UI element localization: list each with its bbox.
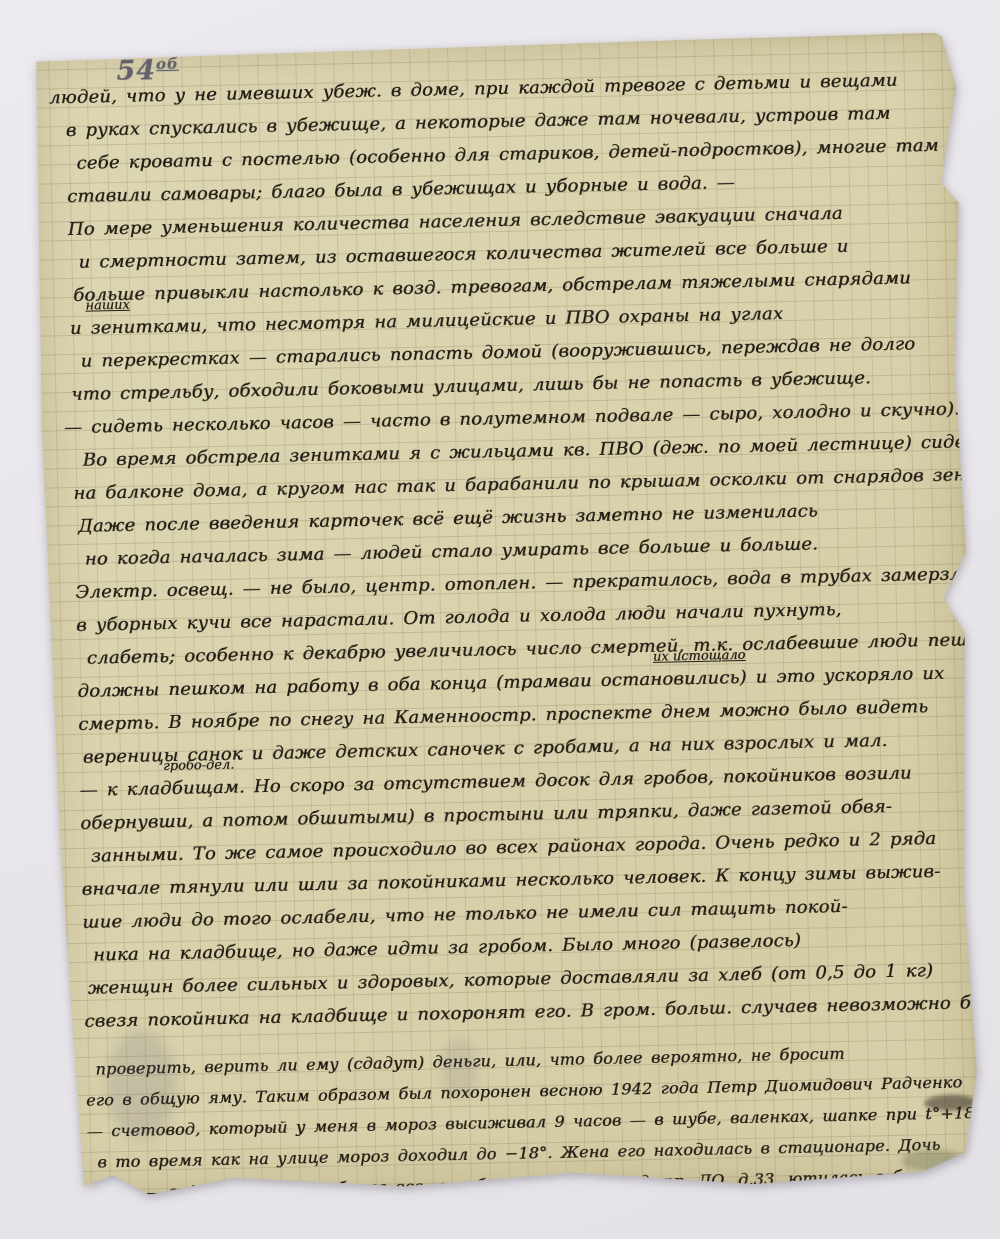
scanner-background: 54об людей, что у не имевших убеж. в дом… bbox=[0, 0, 1000, 1239]
interline-insertion: гробо-дел. bbox=[163, 758, 235, 774]
paper-sheet: 54об людей, что у не имевших убеж. в дом… bbox=[30, 32, 979, 1198]
handwriting-block: людей, что у не имевших убеж. в доме, пр… bbox=[31, 62, 979, 1209]
interline-insertion: их истощало bbox=[653, 648, 746, 665]
interline-insertion: наших bbox=[85, 298, 130, 314]
paper-surface: 54об людей, что у не имевших убеж. в дом… bbox=[30, 32, 979, 1198]
page-number-suffix: об bbox=[156, 55, 179, 73]
